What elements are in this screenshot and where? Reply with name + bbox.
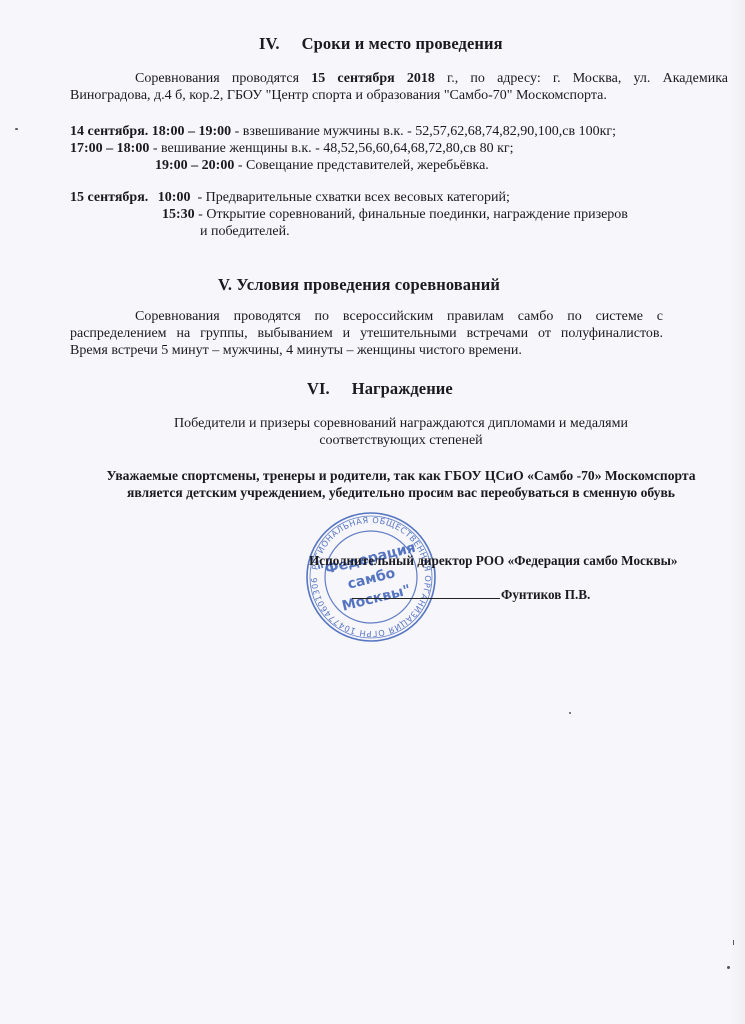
section-4-intro-line1: Соревнования проводятся 15 сентября 2018…: [70, 70, 728, 87]
event-date: 15 сентября 2018: [311, 71, 435, 86]
scan-speck: [569, 712, 571, 714]
schedule-row: 17:00 – 18:00 - вешивание женщины в.к. -…: [70, 140, 514, 157]
schedule-time: 15:30: [162, 207, 195, 222]
schedule-text: - Предварительные схватки всех весовых к…: [190, 190, 509, 205]
schedule-date: 14 сентября.: [70, 124, 148, 139]
schedule-date: 15 сентября.: [70, 190, 148, 205]
schedule-row: 19:00 – 20:00 - Совещание представителей…: [155, 157, 489, 174]
schedule-row: 15 сентября. 10:00 - Предварительные схв…: [70, 189, 510, 206]
section-5-heading: V. Условия проведения соревнований: [218, 275, 500, 295]
scan-speck: [15, 128, 18, 130]
signature-name: Фунтиков П.В.: [501, 586, 590, 603]
section-6-number: VI.: [307, 379, 330, 398]
section-4-number: IV.: [259, 34, 280, 53]
schedule-text: - Совещание представителей, жеребьёвка.: [234, 158, 488, 173]
section-4-title: Сроки и место проведения: [302, 34, 503, 53]
section-5-para-line3: Время встречи 5 минут – мужчины, 4 минут…: [70, 342, 522, 359]
section-6-para-line1: Победители и призеры соревнований награж…: [60, 415, 742, 432]
organization-stamp: РЕГИОНАЛЬНАЯ ОБЩЕСТВЕННАЯ ОРГАНИЗАЦИЯ ОГ…: [305, 511, 437, 643]
schedule-row-continuation: и победителей.: [200, 223, 290, 240]
schedule-row: 14 сентября. 18:00 – 19:00 - взвешивание…: [70, 123, 616, 140]
section-4-intro-line2: Виноградова, д.4 б, кор.2, ГБОУ "Центр с…: [70, 87, 607, 104]
signature-line: [352, 598, 500, 599]
schedule-text: - Открытие соревнований, финальные поеди…: [195, 207, 628, 222]
section-5-para-line1: Соревнования проводятся по всероссийским…: [135, 308, 663, 325]
section-6-para-line2: соответствующих степеней: [60, 432, 742, 449]
scan-speck: [727, 966, 730, 969]
notice-line2: является детским учреждением, убедительн…: [60, 484, 742, 501]
section-6-heading: VI.Награждение: [307, 379, 453, 399]
schedule-text: - взвешивание мужчины в.к. - 52,57,62,68…: [231, 124, 616, 139]
notice-line1: Уважаемые спортсмены, тренеры и родители…: [60, 467, 742, 484]
section-4-heading: IV.Сроки и место проведения: [259, 34, 503, 54]
scan-speck: [733, 940, 734, 945]
section-6-title: Награждение: [352, 379, 453, 398]
signature-title: Исполнительный директор РОО «Федерация с…: [309, 552, 678, 569]
schedule-time: 19:00 – 20:00: [155, 158, 234, 173]
section-5-para-line2: распределением на группы, выбыванием и у…: [70, 325, 663, 342]
schedule-time: 17:00 – 18:00: [70, 141, 149, 156]
schedule-row: 15:30 - Открытие соревнований, финальные…: [162, 206, 628, 223]
schedule-text: - вешивание женщины в.к. - 48,52,56,60,6…: [149, 141, 513, 156]
schedule-time: 10:00: [158, 190, 191, 205]
schedule-time: 18:00 – 19:00: [152, 124, 231, 139]
page-edge-shadow: [731, 0, 745, 1024]
